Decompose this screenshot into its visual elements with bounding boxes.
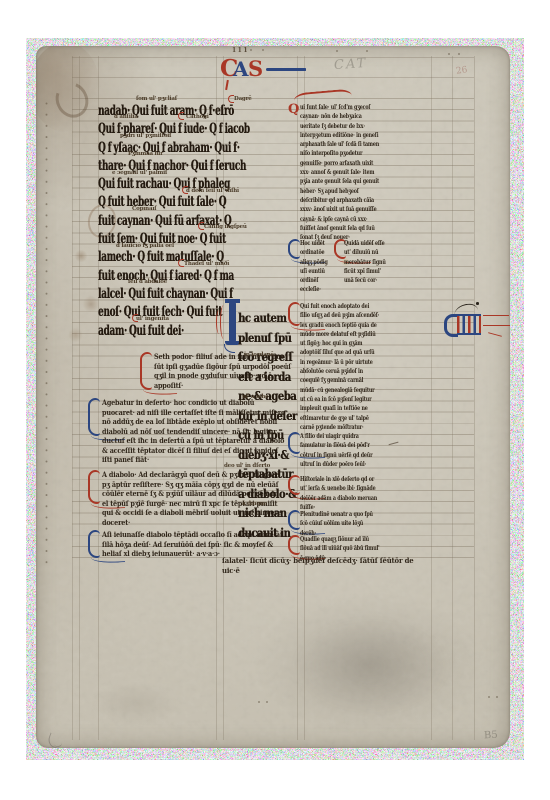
pricking-dot xyxy=(250,49,252,51)
pricking-dot xyxy=(262,49,264,51)
capitulum-mark xyxy=(132,314,138,322)
commentary-mini-left: Hoc uidēt ordinatōe aliqʒ pōdig uſi eunt… xyxy=(300,239,334,295)
ornament-line xyxy=(483,315,509,316)
manuscript-photo: 111 C A S CAT 26 nadab· Qui fuit aram· Q… xyxy=(26,38,524,760)
pricking-dot xyxy=(266,701,268,703)
pencil-scribble xyxy=(53,739,62,747)
interlinear-gloss: Cōpīnaīſ xyxy=(132,206,156,212)
pencil-annotation: CAT xyxy=(334,56,368,73)
ruling-top-line xyxy=(72,57,474,58)
pricking-dot xyxy=(488,696,490,698)
interlinear-gloss: ē ɔegnāil ul' pālmiſ xyxy=(112,170,167,176)
pricking-dots xyxy=(45,102,48,564)
folio-number: 111 xyxy=(232,47,249,54)
interlinear-gloss: đ lauicīō ſʒ pālia ōēl xyxy=(116,243,174,249)
gloss-bracket xyxy=(288,510,300,530)
gloss-bracket xyxy=(288,475,300,495)
interlinear-gloss: ſom ul' pʒcliaſ xyxy=(136,96,177,102)
monogram-dash xyxy=(266,68,306,71)
commentary-paragraph: Qui fuit enoch adoptato dei filio uſqʒ a… xyxy=(300,302,380,432)
gloss-bracket xyxy=(288,302,300,326)
parchment-page: 111 C A S CAT 26 nadab· Qui fuit aram· Q… xyxy=(36,46,510,748)
interlinear-gloss: pʒdrī ul' pʒmiſſōiſ xyxy=(120,133,171,139)
capitulum-mark xyxy=(228,95,234,103)
pricking-dot xyxy=(336,50,338,52)
ruling-vertical-line xyxy=(79,56,80,740)
monogram-letter-a: A xyxy=(233,57,249,81)
commentary-paragraph: Quadlīe quaqʒ ſiōnur ad īlū ſiōuā ad īlī… xyxy=(300,535,380,563)
ruling-vertical-line xyxy=(431,56,432,740)
monogram-letter-s: S xyxy=(248,56,263,81)
initial-letter-q: Q xyxy=(288,102,299,117)
ornament-bars xyxy=(457,314,481,335)
interlinear-gloss: ul' a iohe xyxy=(242,394,268,400)
interlinear-gloss: đ anſilia xyxy=(114,114,138,120)
interlinear-gloss: Canlīg ingſpeū xyxy=(204,224,247,230)
monogram-descender xyxy=(225,80,229,90)
interlinear-gloss: ul' ingenitā xyxy=(136,316,169,322)
gloss-bracket xyxy=(140,352,152,390)
interlinear-gloss: ā đmone xyxy=(242,501,267,507)
pricking-dot xyxy=(448,53,450,55)
commentary-mini-right: Quidā uidēſ eſſe ut' diluuiū nū merebātu… xyxy=(344,239,388,285)
ruling-vertical-line xyxy=(452,56,453,740)
ornament-line xyxy=(488,332,502,337)
gloss-bracket xyxy=(88,530,100,558)
ornament-line xyxy=(483,325,510,326)
commentary-paragraph: Plenitudinē uenatr a quo ſpū ſcō cūiuſ u… xyxy=(300,510,380,538)
gloss-bracket xyxy=(88,470,100,504)
ornament-dot xyxy=(476,302,479,305)
gloss-bracket xyxy=(288,535,300,555)
pencil-mark: B5 xyxy=(484,730,498,742)
capitulum-mark xyxy=(198,222,204,230)
initial-flourish xyxy=(216,310,222,334)
ruling-vertical-line xyxy=(72,56,73,740)
interlinear-gloss: Cathōgi xyxy=(186,114,209,120)
gloss-bracket xyxy=(288,432,300,454)
capitulum-mark xyxy=(178,112,184,120)
capitulum-mark xyxy=(182,186,188,194)
interlinear-gloss: ſeīl đ abdalōē xyxy=(128,279,167,285)
stain xyxy=(291,616,451,716)
gloss-bracket xyxy=(88,398,100,436)
stain xyxy=(91,681,181,726)
pricking-dot xyxy=(366,50,368,52)
ornament-c-shape xyxy=(444,314,458,337)
interlinear-gloss: in ioʒdanē xyxy=(244,352,274,358)
commentary-paragraph: Hiſtoriale in xlō deſerto qd or ut' ierſ… xyxy=(300,475,380,512)
page-background: 111 C A S CAT 26 nadab· Qui fuit aram· Q… xyxy=(0,0,550,800)
interlinear-gloss: Dagrē xyxy=(234,96,252,102)
capitulum-mark xyxy=(178,259,184,267)
commentary-paragraph: ui ſunt ſale· ul' ſcd'm gʒecoſ caynan· n… xyxy=(300,103,380,242)
interlinear-gloss: đ dein ſēil ul' đīſhī xyxy=(186,188,239,194)
marginal-ornament xyxy=(442,300,510,344)
ruling-top-line xyxy=(72,77,474,78)
pencil-number: 26 xyxy=(455,65,468,76)
ruling-vertical-line xyxy=(474,56,475,740)
pricking-dot xyxy=(258,701,260,703)
pricking-dot xyxy=(496,696,498,698)
interlinear-gloss: Thadēſ ul' māðī xyxy=(184,261,229,267)
interlinear-gloss: Pʒmmāā lūr xyxy=(128,151,163,157)
initial-stem xyxy=(229,302,236,342)
commentary-paragraph: A filio dei uiagir quīdra famulatur in ſ… xyxy=(300,432,380,469)
interlinear-gloss: deo ul' in đſerto xyxy=(224,463,270,469)
gloss-bracket xyxy=(288,239,300,259)
pricking-dot xyxy=(458,53,460,55)
